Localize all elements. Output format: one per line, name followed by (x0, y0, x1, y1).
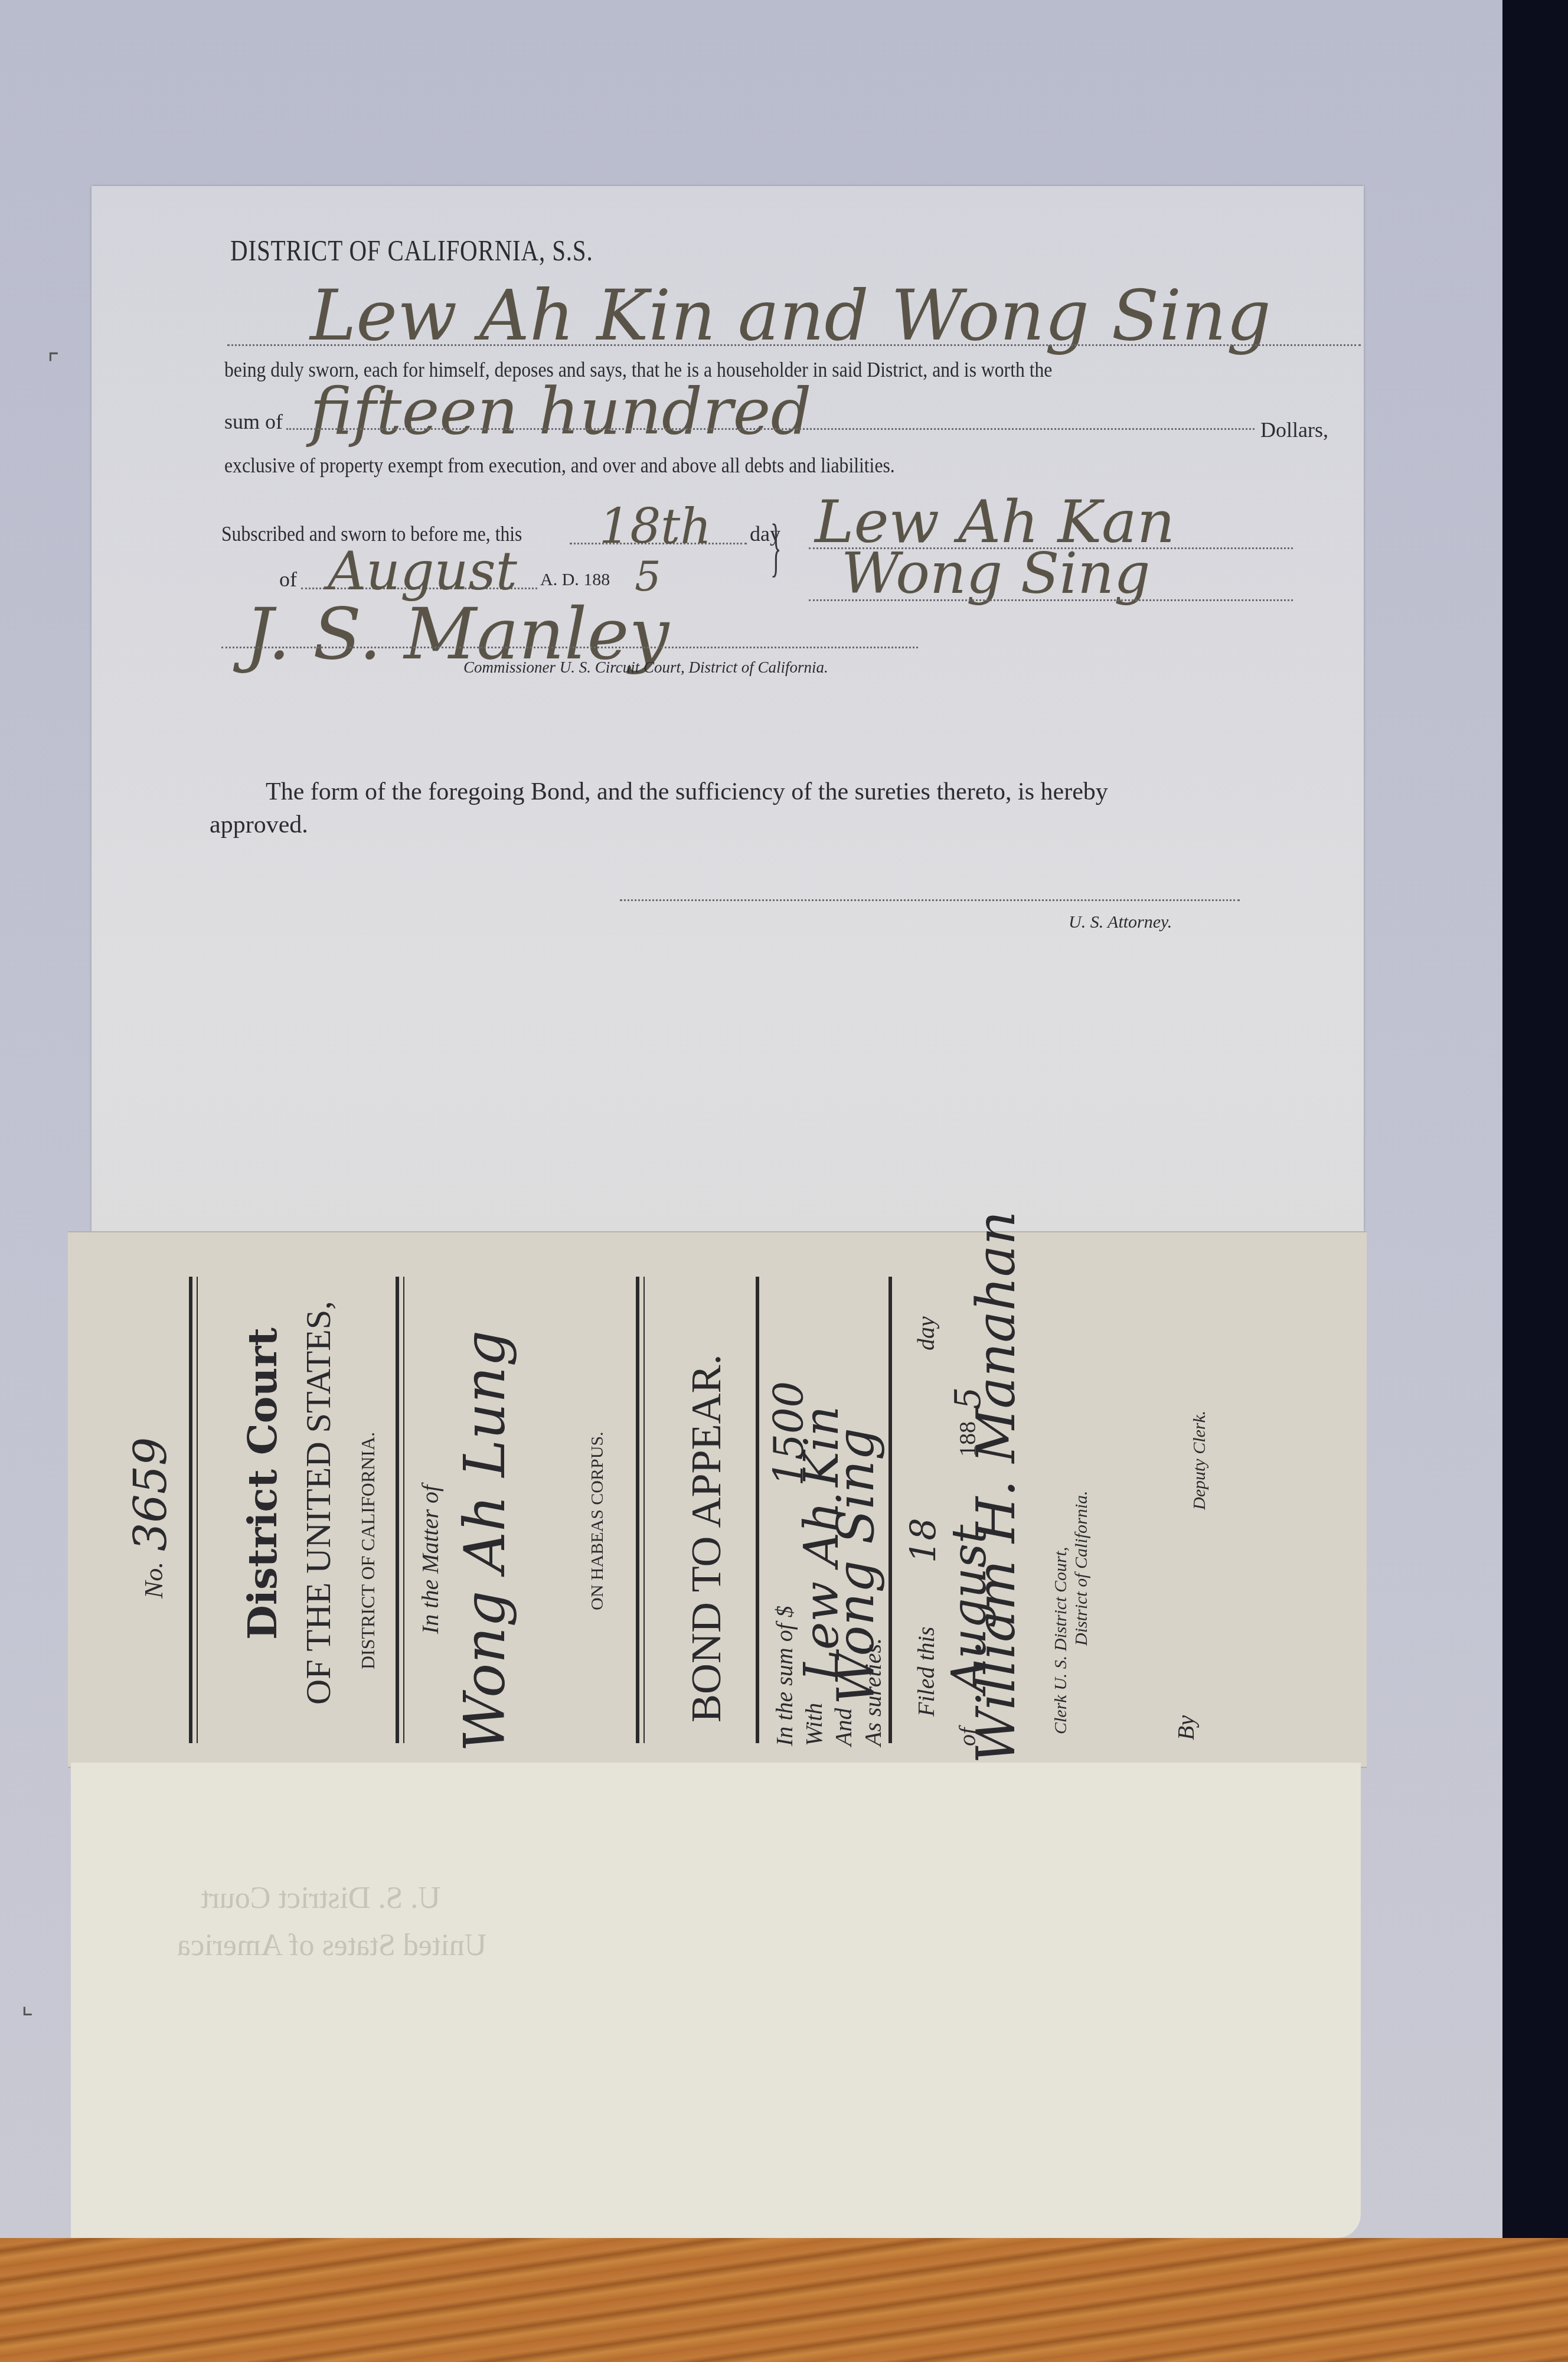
with-label: With (800, 1703, 828, 1746)
attorney-signature-line (620, 899, 1240, 901)
us-attorney-label: U. S. Attorney. (1069, 912, 1172, 932)
lower-sheet: U. S. District Court United States of Am… (71, 1763, 1361, 2238)
brace: } (770, 510, 781, 585)
affidavit-heading: DISTRICT OF CALIFORNIA, S.S. (230, 233, 593, 267)
filed-day-label: day (912, 1316, 940, 1350)
deputy-clerk-label: Deputy Clerk. (1190, 1411, 1210, 1510)
sureties-label: As sureties. (859, 1638, 887, 1746)
rule-2b (403, 1277, 404, 1743)
dark-background-edge (1502, 0, 1568, 2362)
approval-text-line2: approved. (210, 811, 308, 839)
docket-court-district: DISTRICT OF CALIFORNIA. (357, 1432, 379, 1669)
of-label: of (279, 567, 297, 592)
rule-5 (888, 1277, 892, 1743)
clerk-title-1: Clerk U. S. District Court, (1051, 1547, 1071, 1734)
docket-fold: No. 3659 District Court OF THE UNITED ST… (68, 1231, 1367, 1768)
ad-label: A. D. 188 (540, 570, 610, 590)
and-label: And (829, 1708, 857, 1746)
sum-label: sum of (224, 409, 283, 434)
clerk-signature: William H. Manahan (965, 1211, 1027, 1764)
bleed-line-2: United States of America (177, 1928, 486, 1963)
filed-label: Filed this (912, 1627, 940, 1717)
clerk-title-2: District of California. (1072, 1490, 1092, 1646)
bleed-line-1: U. S. District Court (201, 1881, 440, 1916)
signature-line-2 (809, 599, 1293, 601)
rule-1 (189, 1277, 192, 1743)
docket-court-title: District Court (239, 1327, 286, 1640)
bond-title: BOND TO APPEAR. (682, 1355, 731, 1723)
approval-text-line1: The form of the foregoing Bond, and the … (266, 778, 1108, 806)
wooden-table (0, 2238, 1568, 2362)
rule-3 (636, 1277, 639, 1743)
sworn-day: 18th (599, 499, 711, 555)
filed-day: 18 (903, 1518, 945, 1563)
names-line (227, 344, 1361, 346)
affidavit-sheet: DISTRICT OF CALIFORNIA, S.S. Lew Ah Kin … (92, 186, 1364, 1231)
rule-1b (197, 1277, 198, 1743)
corner-mark-bottom: ⌞ (21, 1990, 34, 2020)
exclusive-statement: exclusive of property exempt from execut… (224, 453, 895, 478)
matter-name: Wong Ah Lung (452, 1330, 518, 1752)
docket-number: 3659 (124, 1437, 177, 1551)
rule-4 (756, 1277, 759, 1743)
signature-wong-sing: Wong Sing (841, 540, 1151, 606)
by-label: By (1172, 1715, 1200, 1740)
matter-label: In the Matter of (416, 1485, 444, 1634)
commissioner-line (221, 647, 918, 648)
corner-mark-top: ⌜ (47, 348, 60, 379)
docket-court-subtitle: OF THE UNITED STATES, (298, 1301, 339, 1705)
rule-2 (396, 1277, 399, 1743)
sum-line (286, 428, 1255, 430)
rule-3b (643, 1277, 645, 1743)
dollars-label: Dollars, (1260, 417, 1328, 442)
docket-no-label: No. (139, 1562, 169, 1598)
commissioner-title: Commissioner U. S. Circuit Court, Distri… (463, 658, 828, 677)
habeas-label: ON HABEAS CORPUS. (587, 1431, 607, 1610)
sum-amount-written: fifteen hundred (310, 375, 812, 449)
